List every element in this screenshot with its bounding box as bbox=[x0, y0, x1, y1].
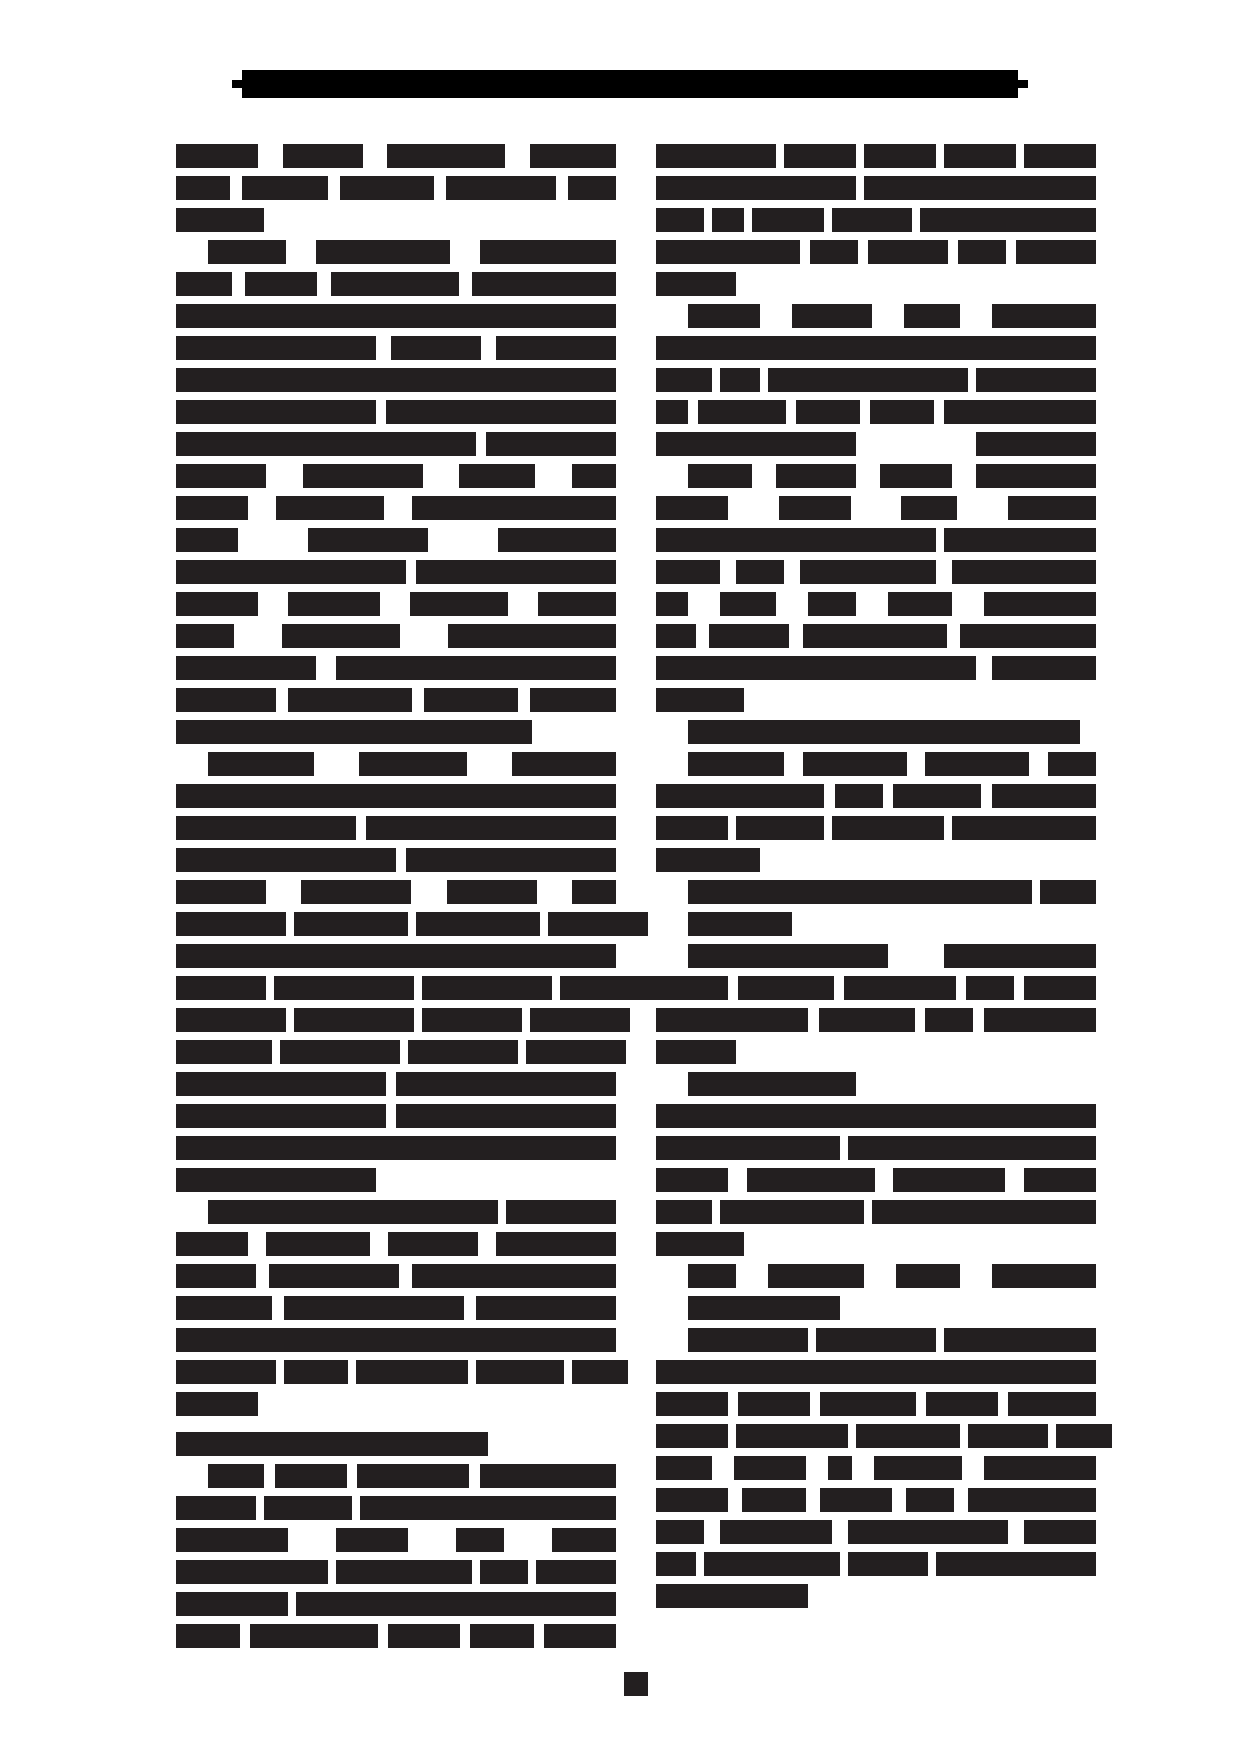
redacted-word: [redacted] bbox=[768, 1264, 864, 1288]
text-line: [redacted][redacted][redacted][redacted] bbox=[176, 1232, 616, 1256]
text-line: [redacted][redacted] bbox=[656, 176, 1096, 200]
text-line: [redacted][redacted][redacted][redacted] bbox=[176, 464, 616, 488]
text-line: [redacted] bbox=[656, 1232, 1096, 1256]
left-column: [redacted][redacted][redacted][redacted]… bbox=[176, 144, 616, 1656]
redacted-word: [redacted] bbox=[176, 304, 616, 328]
text-line: [redacted][redacted][redacted][redacted] bbox=[176, 688, 616, 712]
redacted-word: [redacted] bbox=[656, 1008, 808, 1032]
redacted-word: [redacted] bbox=[925, 752, 1029, 776]
redacted-word: [redacted] bbox=[176, 656, 316, 680]
redacted-word: [redacted] bbox=[656, 1392, 728, 1416]
text-line: [redacted][redacted][redacted][redacted] bbox=[176, 1040, 616, 1064]
redacted-word: [redacted] bbox=[176, 496, 248, 520]
redacted-word: [redacted] bbox=[470, 1624, 534, 1648]
redacted-word: [redacted] bbox=[734, 1456, 806, 1480]
redacted-word: [redacted] bbox=[242, 176, 328, 200]
redacted-word: [redacted] bbox=[176, 1296, 272, 1320]
redacted-word: [redacted] bbox=[984, 1456, 1096, 1480]
redacted-word: [redacted] bbox=[848, 1552, 928, 1576]
right-column: [redacted][redacted][redacted][redacted]… bbox=[656, 144, 1096, 1616]
redacted-word: [redacted] bbox=[282, 624, 400, 648]
redacted-word: [redacted] bbox=[176, 1328, 616, 1352]
redacted-word: [redacted] bbox=[656, 1136, 840, 1160]
text-line: [redacted][redacted][redacted][redacted] bbox=[656, 1552, 1096, 1576]
redacted-word: [redacted] bbox=[656, 1488, 728, 1512]
redacted-word: [redacted] bbox=[698, 400, 786, 424]
redacted-word: [redacted] bbox=[888, 592, 952, 616]
redacted-word: [redacted] bbox=[656, 816, 728, 840]
text-line: [redacted][redacted][redacted][redacted] bbox=[656, 496, 1096, 520]
redacted-word: [redacted] bbox=[176, 560, 406, 584]
redacted-word: [redacted] bbox=[848, 1136, 1096, 1160]
redacted-word: [redacted] bbox=[856, 1424, 960, 1448]
redacted-word: [redacted] bbox=[712, 208, 744, 232]
redacted-word: [redacted] bbox=[976, 464, 1096, 488]
redacted-word: [redacted] bbox=[656, 784, 824, 808]
redacted-word: [redacted] bbox=[835, 784, 883, 808]
redacted-word: [redacted] bbox=[176, 624, 234, 648]
text-line: [redacted][redacted][redacted][redacted] bbox=[656, 560, 1096, 584]
redacted-word: [redacted] bbox=[832, 208, 912, 232]
text-line: [redacted][redacted] bbox=[656, 880, 1096, 904]
redacted-word: [redacted] bbox=[828, 1456, 852, 1480]
redacted-word: [redacted] bbox=[688, 1072, 856, 1096]
text-line: [redacted][redacted][redacted][redacted] bbox=[176, 1464, 616, 1488]
redacted-word: [redacted] bbox=[976, 432, 1096, 456]
text-line: [redacted][redacted][redacted][redacted]… bbox=[656, 400, 1096, 424]
redacted-word: [redacted] bbox=[688, 880, 1032, 904]
text-line: [redacted][redacted][redacted][redacted] bbox=[656, 1520, 1096, 1544]
redacted-word: [redacted] bbox=[1040, 880, 1096, 904]
redacted-word: [redacted] bbox=[416, 560, 616, 584]
text-line: [redacted][redacted][redacted][redacted]… bbox=[656, 1392, 1096, 1416]
redacted-word: [redacted] bbox=[796, 400, 860, 424]
redacted-word: [redacted] bbox=[176, 208, 264, 232]
text-line: [redacted][redacted] bbox=[176, 816, 616, 840]
redacted-word: [redacted] bbox=[944, 400, 1096, 424]
redacted-word: [redacted] bbox=[738, 1392, 810, 1416]
redacted-word: [redacted] bbox=[176, 528, 238, 552]
redacted-word: [redacted] bbox=[720, 1520, 832, 1544]
redacted-word: [redacted] bbox=[176, 1496, 256, 1520]
text-line: [redacted] bbox=[656, 912, 1096, 936]
redacted-word: [redacted] bbox=[176, 592, 258, 616]
text-line: [redacted] bbox=[176, 304, 616, 328]
redacted-word: [redacted] bbox=[276, 496, 384, 520]
redacted-word: [redacted] bbox=[784, 144, 856, 168]
redacted-word: [redacted] bbox=[176, 1624, 240, 1648]
redacted-word: [redacted] bbox=[738, 976, 834, 1000]
redacted-word: [redacted] bbox=[446, 176, 556, 200]
text-line: [redacted][redacted][redacted] bbox=[176, 1496, 616, 1520]
redacted-word: [redacted] bbox=[548, 912, 648, 936]
redacted-word: [redacted] bbox=[274, 976, 414, 1000]
redacted-word: [redacted] bbox=[901, 496, 957, 520]
redacted-word: [redacted] bbox=[872, 1200, 1096, 1224]
redacted-word: [redacted] bbox=[568, 176, 616, 200]
redacted-word: [redacted] bbox=[1024, 1168, 1096, 1192]
redacted-word: [redacted] bbox=[412, 1264, 616, 1288]
redacted-word: [redacted] bbox=[410, 592, 508, 616]
text-line: [redacted][redacted][redacted][redacted] bbox=[176, 144, 616, 168]
redacted-word: [redacted] bbox=[176, 1232, 248, 1256]
redacted-word: [redacted] bbox=[864, 144, 936, 168]
redacted-word: [redacted] bbox=[176, 1136, 616, 1160]
redacted-word: [redacted] bbox=[176, 176, 230, 200]
text-line: [redacted][redacted] bbox=[176, 432, 616, 456]
redacted-word: [redacted] bbox=[656, 400, 688, 424]
redacted-word: [redacted] bbox=[250, 1624, 378, 1648]
redacted-word: [redacted] bbox=[176, 1432, 488, 1456]
text-line: [redacted][redacted][redacted] bbox=[656, 1200, 1096, 1224]
redacted-word: [redacted] bbox=[280, 1040, 400, 1064]
redacted-word: [redacted] bbox=[176, 1104, 386, 1128]
text-line: [redacted][redacted] bbox=[176, 400, 616, 424]
redacted-word: [redacted] bbox=[960, 624, 1096, 648]
redacted-word: [redacted] bbox=[992, 304, 1096, 328]
text-line: [redacted] bbox=[656, 1104, 1096, 1128]
redacted-word: [redacted] bbox=[336, 1560, 472, 1584]
text-line: [redacted][redacted][redacted][redacted] bbox=[176, 272, 616, 296]
text-line: [redacted] bbox=[656, 848, 1096, 872]
redacted-word: [redacted] bbox=[656, 1360, 1096, 1384]
running-header-text: [redacted] bbox=[242, 70, 1018, 98]
redacted-word: [redacted] bbox=[208, 1464, 264, 1488]
redacted-word: [redacted] bbox=[880, 464, 952, 488]
text-line: [redacted][redacted] bbox=[656, 1136, 1096, 1160]
text-line: [redacted][redacted][redacted] bbox=[656, 1328, 1096, 1352]
redacted-word: [redacted] bbox=[688, 752, 784, 776]
page-number: [redacted] bbox=[624, 1672, 648, 1696]
redacted-word: [redacted] bbox=[656, 176, 856, 200]
redacted-word: [redacted] bbox=[284, 1296, 464, 1320]
redacted-word: [redacted] bbox=[294, 912, 408, 936]
redacted-word: [redacted] bbox=[408, 1040, 518, 1064]
redacted-word: [redacted] bbox=[656, 1168, 728, 1192]
redacted-word: [redacted] bbox=[176, 912, 286, 936]
redacted-word: [redacted] bbox=[396, 1104, 616, 1128]
redacted-word: [redacted] bbox=[803, 624, 947, 648]
redacted-word: [redacted] bbox=[992, 784, 1096, 808]
redacted-word: [redacted] bbox=[176, 272, 232, 296]
redacted-word: [redacted] bbox=[530, 688, 616, 712]
redacted-word: [redacted] bbox=[1056, 1424, 1112, 1448]
redacted-word: [redacted] bbox=[736, 560, 784, 584]
redacted-word: [redacted] bbox=[844, 976, 956, 1000]
redacted-word: [redacted] bbox=[496, 1232, 616, 1256]
text-line: [redacted] bbox=[656, 336, 1096, 360]
redacted-word: [redacted] bbox=[656, 336, 1096, 360]
text-line: [redacted][redacted] bbox=[176, 1200, 616, 1224]
text-line: [redacted][redacted] bbox=[176, 1104, 616, 1128]
redacted-word: [redacted] bbox=[264, 1496, 352, 1520]
text-line: [redacted] bbox=[176, 208, 616, 232]
redacted-word: [redacted] bbox=[656, 1232, 744, 1256]
redacted-word: [redacted] bbox=[388, 1624, 460, 1648]
redacted-word: [redacted] bbox=[968, 1488, 1096, 1512]
redacted-word: [redacted] bbox=[388, 1232, 478, 1256]
redacted-word: [redacted] bbox=[820, 1488, 892, 1512]
redacted-word: [redacted] bbox=[688, 304, 760, 328]
redacted-word: [redacted] bbox=[396, 1072, 616, 1096]
redacted-word: [redacted] bbox=[656, 432, 856, 456]
text-line: [redacted][redacted][redacted][redacted]… bbox=[656, 144, 1096, 168]
redacted-word: [redacted] bbox=[656, 144, 776, 168]
redacted-word: [redacted] bbox=[896, 1264, 960, 1288]
redacted-word: [redacted] bbox=[944, 528, 1096, 552]
redacted-word: [redacted] bbox=[476, 1360, 564, 1384]
redacted-word: [redacted] bbox=[496, 336, 616, 360]
redacted-word: [redacted] bbox=[952, 560, 1096, 584]
redacted-word: [redacted] bbox=[1024, 976, 1096, 1000]
text-line: [redacted][redacted][redacted][redacted] bbox=[176, 880, 616, 904]
text-line: [redacted] bbox=[656, 688, 1096, 712]
redacted-word: [redacted] bbox=[360, 1496, 616, 1520]
text-line: [redacted][redacted] bbox=[656, 432, 1096, 456]
redacted-word: [redacted] bbox=[208, 752, 314, 776]
redacted-word: [redacted] bbox=[288, 688, 412, 712]
text-line: [redacted][redacted][redacted] bbox=[176, 1296, 616, 1320]
redacted-word: [redacted] bbox=[284, 1360, 348, 1384]
redacted-word: [redacted] bbox=[779, 496, 851, 520]
redacted-word: [redacted] bbox=[656, 560, 720, 584]
text-line: [redacted][redacted][redacted][redacted] bbox=[656, 464, 1096, 488]
redacted-word: [redacted] bbox=[552, 1528, 616, 1552]
redacted-word: [redacted] bbox=[656, 624, 696, 648]
redacted-word: [redacted] bbox=[447, 880, 537, 904]
text-line: [redacted][redacted] bbox=[176, 560, 616, 584]
redacted-word: [redacted] bbox=[688, 1264, 736, 1288]
redacted-word: [redacted] bbox=[656, 1200, 712, 1224]
redacted-word: [redacted] bbox=[176, 1008, 286, 1032]
redacted-word: [redacted] bbox=[269, 1264, 399, 1288]
redacted-word: [redacted] bbox=[176, 1392, 258, 1416]
redacted-word: [redacted] bbox=[176, 1168, 376, 1192]
redacted-word: [redacted] bbox=[656, 1584, 808, 1608]
redacted-word: [redacted] bbox=[1008, 496, 1096, 520]
redacted-word: [redacted] bbox=[656, 848, 760, 872]
text-line: [redacted] bbox=[656, 1296, 1096, 1320]
redacted-word: [redacted] bbox=[870, 400, 934, 424]
text-line: [redacted][redacted][redacted] bbox=[176, 240, 616, 264]
redacted-word: [redacted] bbox=[656, 1552, 696, 1576]
redacted-word: [redacted] bbox=[752, 208, 824, 232]
text-line: [redacted][redacted][redacted][redacted] bbox=[176, 1008, 616, 1032]
redacted-word: [redacted] bbox=[688, 912, 792, 936]
text-line: [redacted] bbox=[176, 1168, 616, 1192]
redacted-word: [redacted] bbox=[208, 240, 286, 264]
redacted-word: [redacted] bbox=[742, 1488, 806, 1512]
redacted-word: [redacted] bbox=[424, 688, 518, 712]
text-line: [redacted] bbox=[656, 1584, 1096, 1608]
redacted-word: [redacted] bbox=[176, 432, 476, 456]
redacted-word: [redacted] bbox=[984, 592, 1096, 616]
redacted-word: [redacted] bbox=[176, 336, 376, 360]
text-line: [redacted][redacted] bbox=[176, 1072, 616, 1096]
text-line: [redacted] bbox=[176, 944, 616, 968]
redacted-word: [redacted] bbox=[572, 880, 616, 904]
redacted-word: [redacted] bbox=[176, 944, 616, 968]
text-line: [redacted] bbox=[176, 368, 616, 392]
redacted-word: [redacted] bbox=[656, 496, 728, 520]
redacted-word: [redacted] bbox=[176, 848, 396, 872]
redacted-word: [redacted] bbox=[176, 1592, 288, 1616]
redacted-word: [redacted] bbox=[893, 1168, 1005, 1192]
redacted-word: [redacted] bbox=[498, 528, 616, 552]
redacted-word: [redacted] bbox=[656, 240, 800, 264]
redacted-word: [redacted] bbox=[536, 1560, 616, 1584]
redacted-word: [redacted] bbox=[391, 336, 481, 360]
redacted-word: [redacted] bbox=[480, 1464, 616, 1488]
redacted-word: [redacted] bbox=[1016, 240, 1096, 264]
redacted-word: [redacted] bbox=[709, 624, 789, 648]
redacted-word: [redacted] bbox=[768, 368, 968, 392]
text-line: [redacted][redacted][redacted] bbox=[176, 624, 616, 648]
text-line: [redacted][redacted][redacted] bbox=[176, 1264, 616, 1288]
text-line: [redacted][redacted][redacted] bbox=[176, 336, 616, 360]
redacted-word: [redacted] bbox=[176, 784, 616, 808]
text-line: [redacted] bbox=[176, 784, 616, 808]
redacted-word: [redacted] bbox=[331, 272, 459, 296]
text-line: [redacted][redacted][redacted][redacted] bbox=[656, 1008, 1096, 1032]
redacted-word: [redacted] bbox=[958, 240, 1006, 264]
redacted-word: [redacted] bbox=[422, 1008, 522, 1032]
redacted-word: [redacted] bbox=[800, 560, 936, 584]
redacted-word: [redacted] bbox=[736, 816, 824, 840]
redacted-word: [redacted] bbox=[816, 1328, 936, 1352]
text-line: [redacted][redacted][redacted][redacted] bbox=[176, 1528, 616, 1552]
redacted-word: [redacted] bbox=[656, 1520, 704, 1544]
redacted-word: [redacted] bbox=[176, 688, 276, 712]
redacted-word: [redacted] bbox=[936, 1552, 1096, 1576]
text-line: [redacted][redacted] bbox=[656, 944, 1096, 968]
text-line: [redacted][redacted][redacted][redacted] bbox=[176, 912, 616, 936]
redacted-word: [redacted] bbox=[864, 176, 1096, 200]
redacted-word: [redacted] bbox=[472, 272, 616, 296]
redacted-word: [redacted] bbox=[720, 592, 776, 616]
text-line: [redacted][redacted][redacted][redacted]… bbox=[656, 976, 1096, 1000]
redacted-word: [redacted] bbox=[459, 464, 535, 488]
redacted-word: [redacted] bbox=[688, 464, 752, 488]
redacted-word: [redacted] bbox=[176, 1528, 288, 1552]
redacted-word: [redacted] bbox=[359, 752, 467, 776]
running-header: [redacted] bbox=[232, 70, 1028, 98]
redacted-word: [redacted] bbox=[538, 592, 616, 616]
text-line: [redacted][redacted][redacted] bbox=[176, 752, 616, 776]
redacted-word: [redacted] bbox=[340, 176, 434, 200]
text-line: [redacted][redacted][redacted][redacted]… bbox=[656, 1488, 1096, 1512]
redacted-word: [redacted] bbox=[308, 528, 428, 552]
text-line: [redacted][redacted][redacted][redacted] bbox=[656, 304, 1096, 328]
redacted-word: [redacted] bbox=[688, 1328, 808, 1352]
redacted-word: [redacted] bbox=[176, 1040, 272, 1064]
redacted-word: [redacted] bbox=[412, 496, 616, 520]
redacted-word: [redacted] bbox=[656, 1424, 728, 1448]
redacted-word: [redacted] bbox=[992, 656, 1096, 680]
redacted-word: [redacted] bbox=[296, 1592, 616, 1616]
redacted-word: [redacted] bbox=[530, 144, 616, 168]
text-line: [redacted][redacted][redacted][redacted] bbox=[656, 784, 1096, 808]
text-line: [redacted][redacted][redacted][redacted]… bbox=[656, 240, 1096, 264]
redacted-word: [redacted] bbox=[944, 1328, 1096, 1352]
redacted-word: [redacted] bbox=[530, 1008, 630, 1032]
redacted-word: [redacted] bbox=[176, 464, 266, 488]
text-line: [redacted] bbox=[176, 1432, 616, 1456]
redacted-word: [redacted] bbox=[906, 1488, 954, 1512]
redacted-word: [redacted] bbox=[984, 1008, 1096, 1032]
redacted-word: [redacted] bbox=[572, 464, 616, 488]
text-line: [redacted][redacted] bbox=[176, 1592, 616, 1616]
redacted-word: [redacted] bbox=[176, 1560, 328, 1584]
text-line: [redacted][redacted][redacted][redacted]… bbox=[656, 592, 1096, 616]
redacted-word: [redacted] bbox=[944, 144, 1016, 168]
redacted-word: [redacted] bbox=[968, 1424, 1048, 1448]
text-line: [redacted][redacted][redacted][redacted]… bbox=[656, 1424, 1096, 1448]
text-line: [redacted][redacted] bbox=[176, 848, 616, 872]
redacted-word: [redacted] bbox=[301, 880, 411, 904]
text-line: [redacted] bbox=[176, 720, 616, 744]
redacted-word: [redacted] bbox=[572, 1360, 628, 1384]
text-line: [redacted][redacted][redacted][redacted]… bbox=[176, 1360, 616, 1384]
redacted-word: [redacted] bbox=[357, 1464, 469, 1488]
text-line: [redacted][redacted][redacted][redacted] bbox=[656, 1264, 1096, 1288]
redacted-word: [redacted] bbox=[688, 720, 1080, 744]
redacted-word: [redacted] bbox=[176, 144, 258, 168]
redacted-word: [redacted] bbox=[792, 304, 872, 328]
redacted-word: [redacted] bbox=[1024, 1520, 1096, 1544]
redacted-word: [redacted] bbox=[316, 240, 450, 264]
redacted-word: [redacted] bbox=[366, 816, 616, 840]
text-line: [redacted] bbox=[176, 1328, 616, 1352]
redacted-word: [redacted] bbox=[526, 1040, 626, 1064]
text-line: [redacted][redacted][redacted][redacted] bbox=[176, 976, 616, 1000]
redacted-word: [redacted] bbox=[656, 1104, 1096, 1128]
redacted-word: [redacted] bbox=[176, 1360, 276, 1384]
redacted-word: [redacted] bbox=[416, 912, 540, 936]
redacted-word: [redacted] bbox=[944, 944, 1096, 968]
redacted-word: [redacted] bbox=[803, 752, 907, 776]
redacted-word: [redacted] bbox=[656, 592, 688, 616]
redacted-word: [redacted] bbox=[966, 976, 1014, 1000]
redacted-word: [redacted] bbox=[1024, 144, 1096, 168]
redacted-word: [redacted] bbox=[893, 784, 981, 808]
redacted-word: [redacted] bbox=[688, 944, 888, 968]
redacted-word: [redacted] bbox=[688, 1296, 840, 1320]
redacted-word: [redacted] bbox=[448, 624, 616, 648]
redacted-word: [redacted] bbox=[656, 976, 728, 1000]
redacted-word: [redacted] bbox=[820, 1392, 916, 1416]
text-line: [redacted][redacted][redacted][redacted]… bbox=[656, 208, 1096, 232]
text-line: [redacted][redacted] bbox=[656, 528, 1096, 552]
text-line: [redacted] bbox=[656, 1040, 1096, 1064]
redacted-word: [redacted] bbox=[656, 656, 976, 680]
redacted-word: [redacted] bbox=[720, 368, 760, 392]
redacted-word: [redacted] bbox=[926, 1392, 998, 1416]
text-line: [redacted][redacted] bbox=[176, 656, 616, 680]
redacted-word: [redacted] bbox=[832, 816, 944, 840]
text-line: [redacted][redacted][redacted][redacted] bbox=[656, 1168, 1096, 1192]
redacted-word: [redacted] bbox=[176, 816, 356, 840]
text-line: [redacted][redacted] bbox=[656, 656, 1096, 680]
redacted-word: [redacted] bbox=[992, 1264, 1096, 1288]
redacted-word: [redacted] bbox=[656, 368, 712, 392]
text-line: [redacted][redacted][redacted][redacted] bbox=[656, 816, 1096, 840]
redacted-word: [redacted] bbox=[656, 1456, 712, 1480]
redacted-word: [redacted] bbox=[266, 1232, 370, 1256]
redacted-word: [redacted] bbox=[176, 1264, 256, 1288]
redacted-word: [redacted] bbox=[476, 1296, 616, 1320]
text-line: [redacted][redacted][redacted][redacted] bbox=[656, 752, 1096, 776]
